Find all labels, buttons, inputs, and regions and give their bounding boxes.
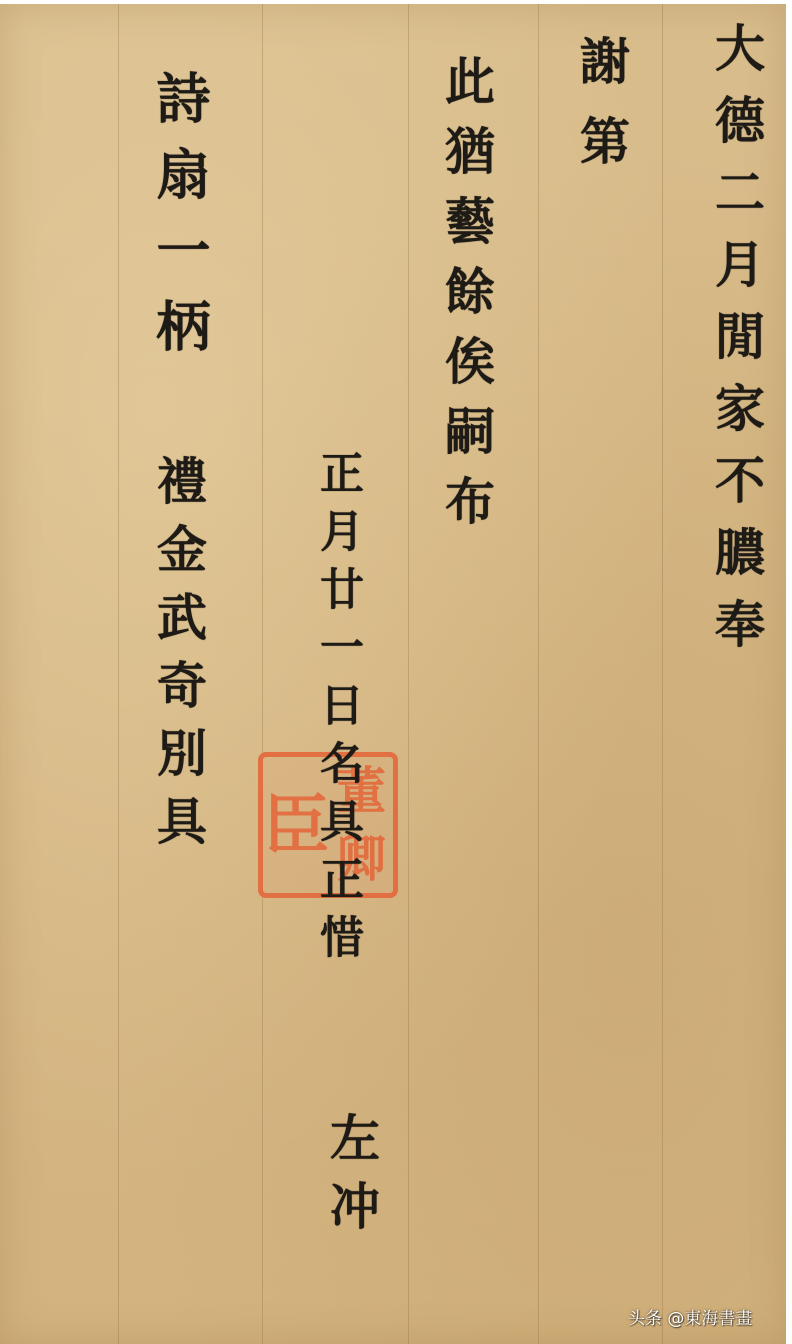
text-column-2: 謝第 [565,35,637,195]
closing-column: 左冲 [315,1112,387,1248]
text-column-1: 大德二月閒家不膿奉 [700,22,772,670]
image-border [786,0,792,1344]
fold-line [408,4,409,1344]
fold-line [262,4,263,1344]
text-column-6: 詩扇一柄 [142,70,219,374]
text-column-3: 此猶藝餘俟嗣布 [430,55,502,545]
text-column-7: 禮金武奇別具 [142,455,214,863]
date-signature-column: 正月廿一日名具正惜 [305,450,369,972]
fold-line [662,4,663,1344]
watermark-label: 头条 @東海書畫 [628,1304,752,1329]
fold-line [118,4,119,1344]
fold-line [538,4,539,1344]
